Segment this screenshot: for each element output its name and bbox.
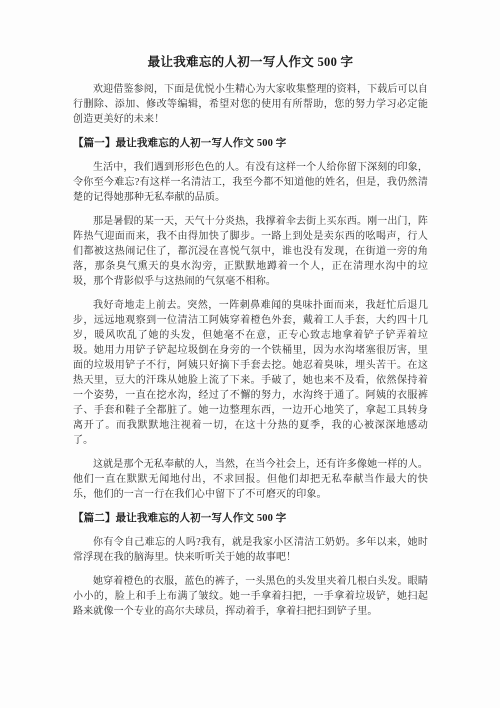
section-1-paragraph-1: 生活中，我们遇到形形色色的人。有没有这样一个人给你留下深刻的印象，令你至今难忘?…: [73, 160, 428, 205]
section-1-paragraph-4: 这就是那个无私奉献的人，当然，在当今社会上，还有许多像她一样的人。他们一直在默默…: [73, 457, 428, 502]
section-2-paragraph-2: 她穿着橙色的衣服，蓝色的裤子，一头黑色的头发里夹着几根白头发。眼睛小小的，脸上和…: [73, 574, 428, 619]
intro-paragraph: 欢迎借鉴参阅，下面是优悦小生精心为大家收集整理的资料，下载后可以自行删除、添加、…: [73, 82, 428, 127]
section-1-paragraph-2: 那是暑假的某一天，天气十分炎热，我撑着伞去街上买东西。刚一出门，阵阵热气迎面而来…: [73, 214, 428, 289]
document-title: 最让我难忘的人初一写人作文 500 字: [73, 54, 428, 70]
section-2-paragraph-1: 你有令自己难忘的人吗?我有，就是我家小区清洁工奶奶。多年以来，她时常浮现在我的脑…: [73, 535, 428, 565]
section-2-heading: 【篇二】最让我难忘的人初一写人作文 500 字: [73, 511, 428, 526]
section-1-heading: 【篇一】最让我难忘的人初一写人作文 500 字: [73, 136, 428, 151]
section-1-paragraph-3: 我好奇地走上前去。突然，一阵刺鼻难闻的臭味扑面而来，我赶忙后退几步，远远地观察到…: [73, 298, 428, 448]
document-page: 最让我难忘的人初一写人作文 500 字 欢迎借鉴参阅，下面是优悦小生精心为大家收…: [0, 0, 500, 708]
